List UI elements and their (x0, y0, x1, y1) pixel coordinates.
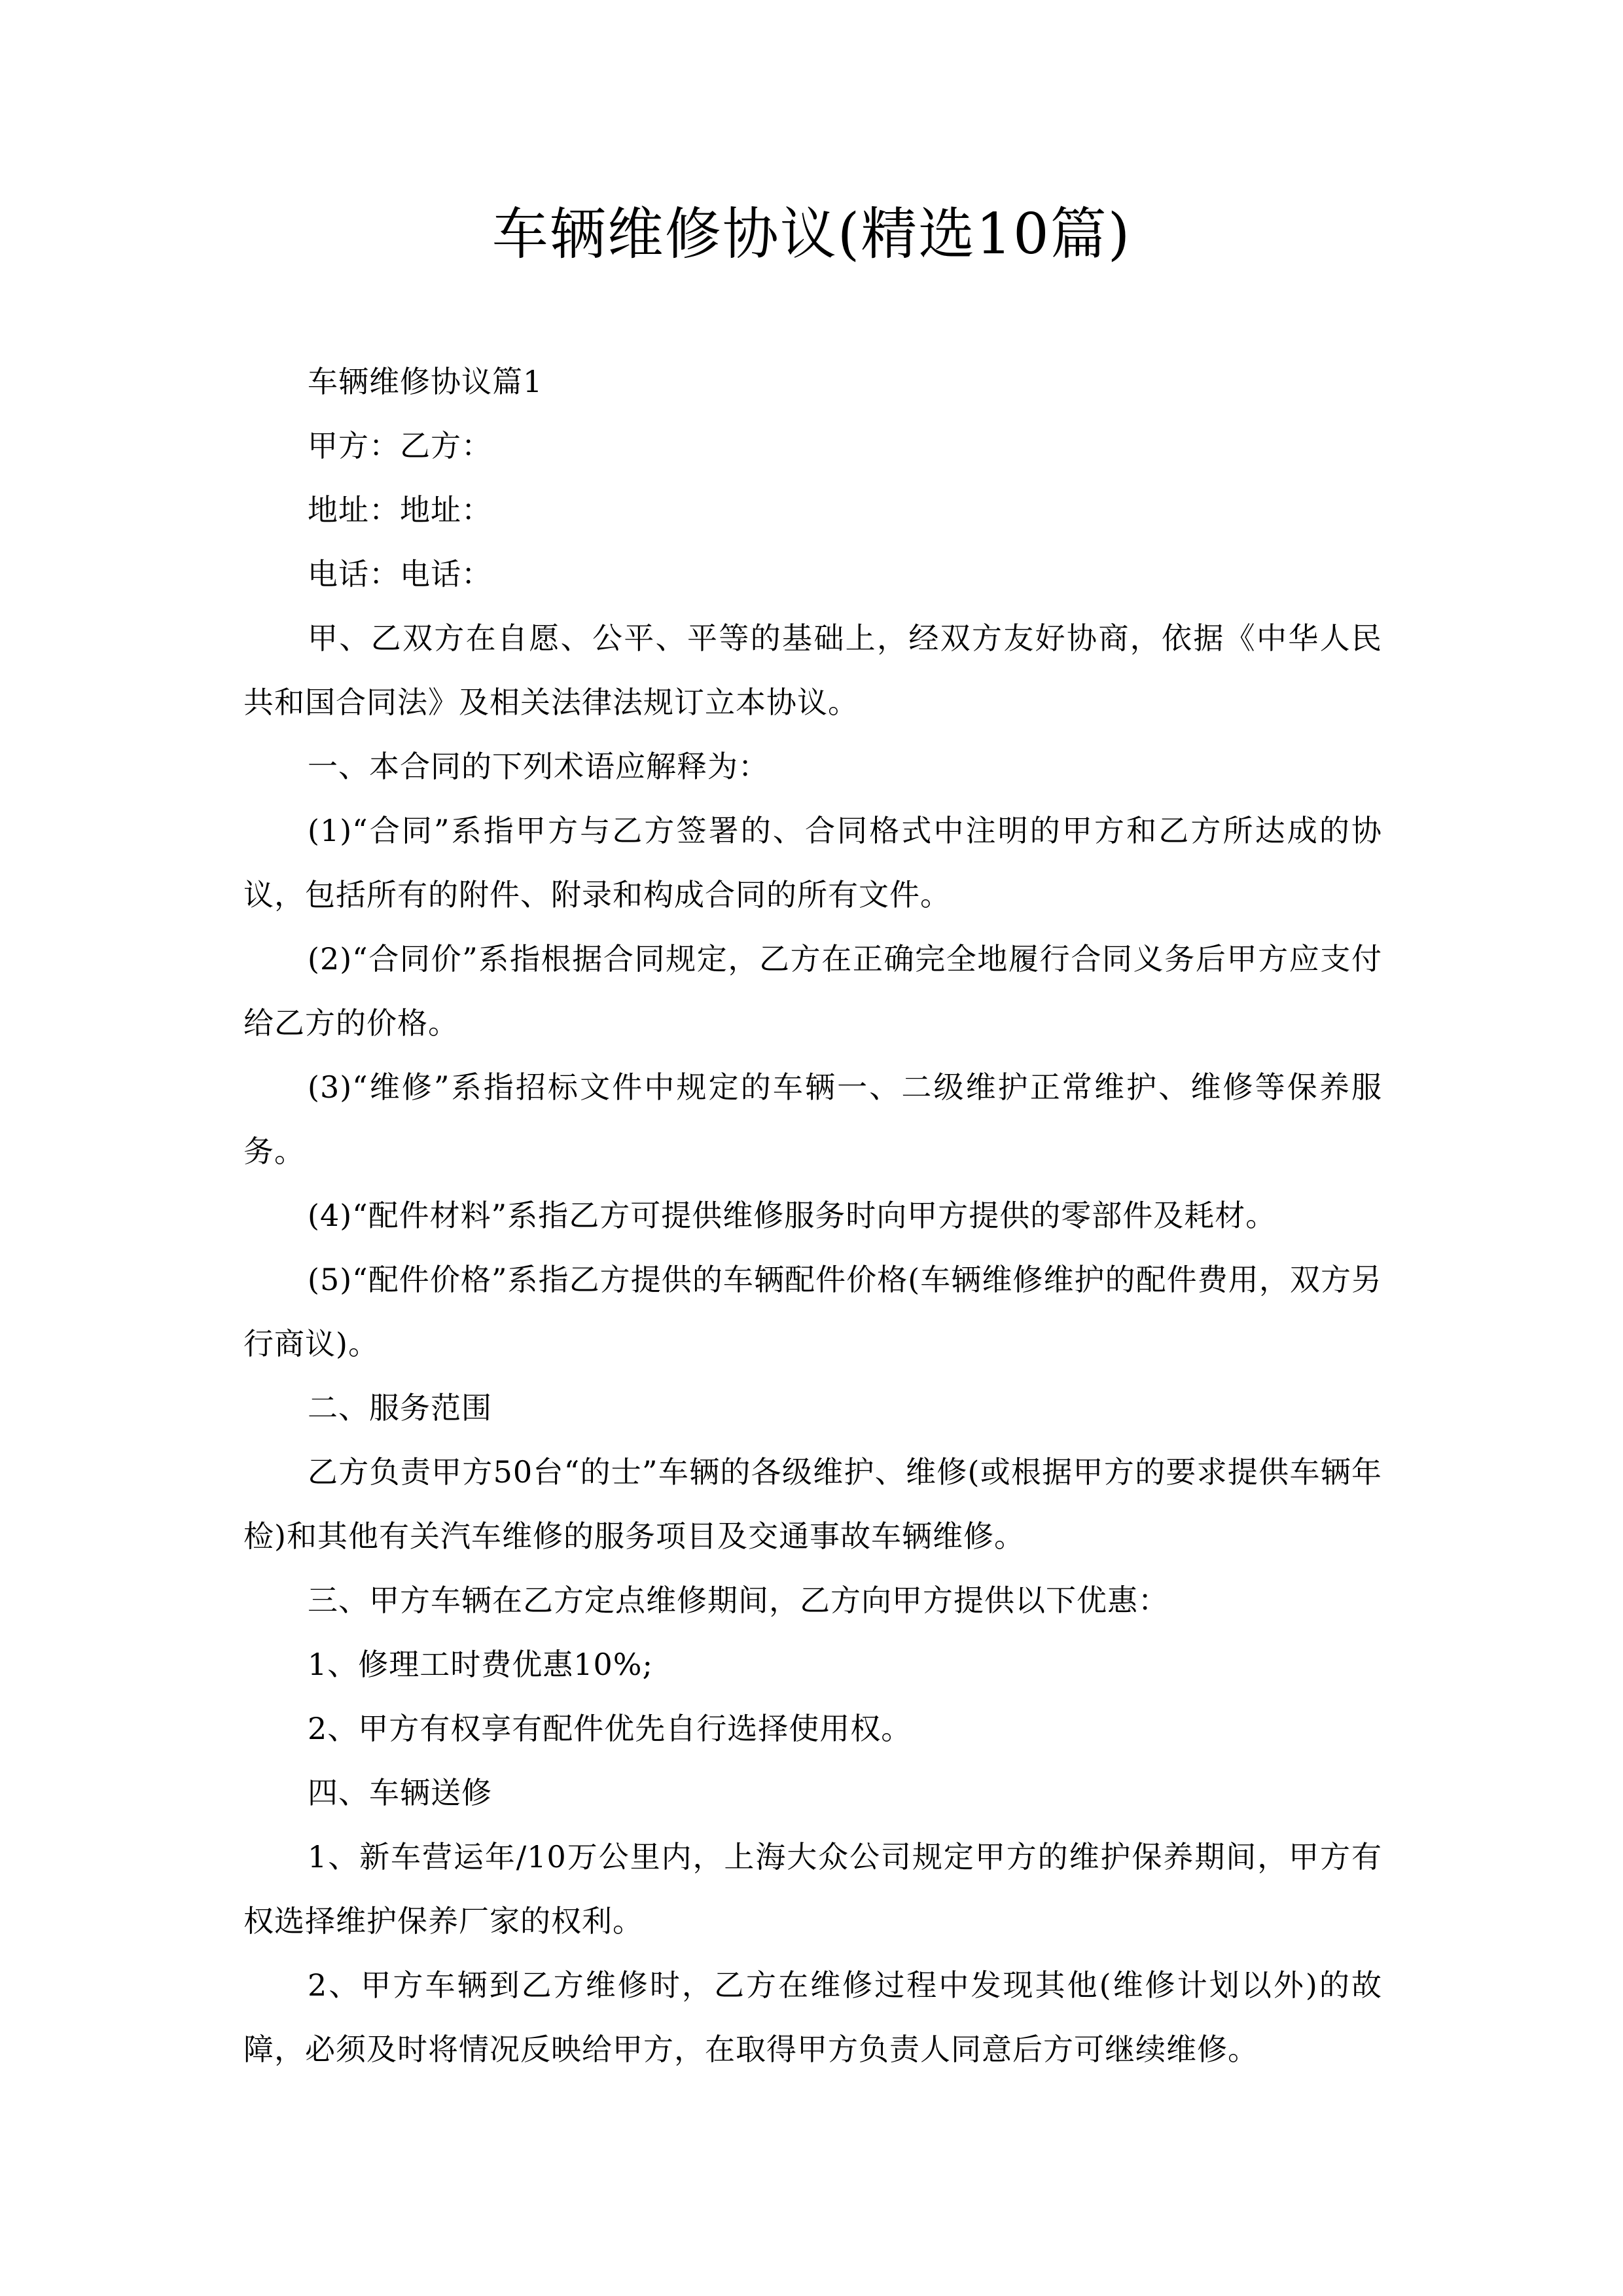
document-body: 车辆维修协议篇1 甲方：乙方： 地址：地址： 电话：电话： 甲、乙双方在自愿、公… (243, 350, 1382, 2081)
delivery-item-2: 2、甲方车辆到乙方维修时，乙方在维修过程中发现其他(维修计划以外)的故障，必须及… (243, 1953, 1382, 2081)
clause-heading-discounts: 三、甲方车辆在乙方定点维修期间，乙方向甲方提供以下优惠： (243, 1568, 1382, 1632)
party-line: 甲方：乙方： (243, 414, 1382, 478)
section-heading-1: 车辆维修协议篇1 (243, 350, 1382, 414)
clause-heading-definitions: 一、本合同的下列术语应解释为： (243, 734, 1382, 798)
definition-contract: (1)“合同”系指甲方与乙方签署的、合同格式中注明的甲方和乙方所达成的协议，包括… (243, 798, 1382, 927)
definition-contract-price: (2)“合同价”系指根据合同规定，乙方在正确完全地履行合同义务后甲方应支付给乙方… (243, 927, 1382, 1055)
clause-heading-service-scope: 二、服务范围 (243, 1376, 1382, 1440)
definition-repair: (3)“维修”系指招标文件中规定的车辆一、二级维护正常维护、维修等保养服务。 (243, 1055, 1382, 1183)
definition-parts-price: (5)“配件价格”系指乙方提供的车辆配件价格(车辆维修维护的配件费用，双方另行商… (243, 1247, 1382, 1376)
document-page: 车辆维修协议(精选10篇) 车辆维修协议篇1 甲方：乙方： 地址：地址： 电话：… (0, 0, 1623, 2296)
discount-item-2: 2、甲方有权享有配件优先自行选择使用权。 (243, 1696, 1382, 1761)
delivery-item-1: 1、新车营运年/10万公里内，上海大众公司规定甲方的维护保养期间，甲方有权选择维… (243, 1825, 1382, 1953)
clause-heading-vehicle-delivery: 四、车辆送修 (243, 1761, 1382, 1825)
discount-item-1: 1、修理工时费优惠10%; (243, 1632, 1382, 1696)
document-title: 车辆维修协议(精选10篇) (0, 195, 1623, 274)
service-scope-paragraph: 乙方负责甲方50台“的士”车辆的各级维护、维修(或根据甲方的要求提供车辆年检)和… (243, 1440, 1382, 1568)
phone-line: 电话：电话： (243, 542, 1382, 606)
address-line: 地址：地址： (243, 478, 1382, 542)
definition-parts-materials: (4)“配件材料”系指乙方可提供维修服务时向甲方提供的零部件及耗材。 (243, 1183, 1382, 1247)
preamble-paragraph: 甲、乙双方在自愿、公平、平等的基础上，经双方友好协商，依据《中华人民共和国合同法… (243, 606, 1382, 734)
